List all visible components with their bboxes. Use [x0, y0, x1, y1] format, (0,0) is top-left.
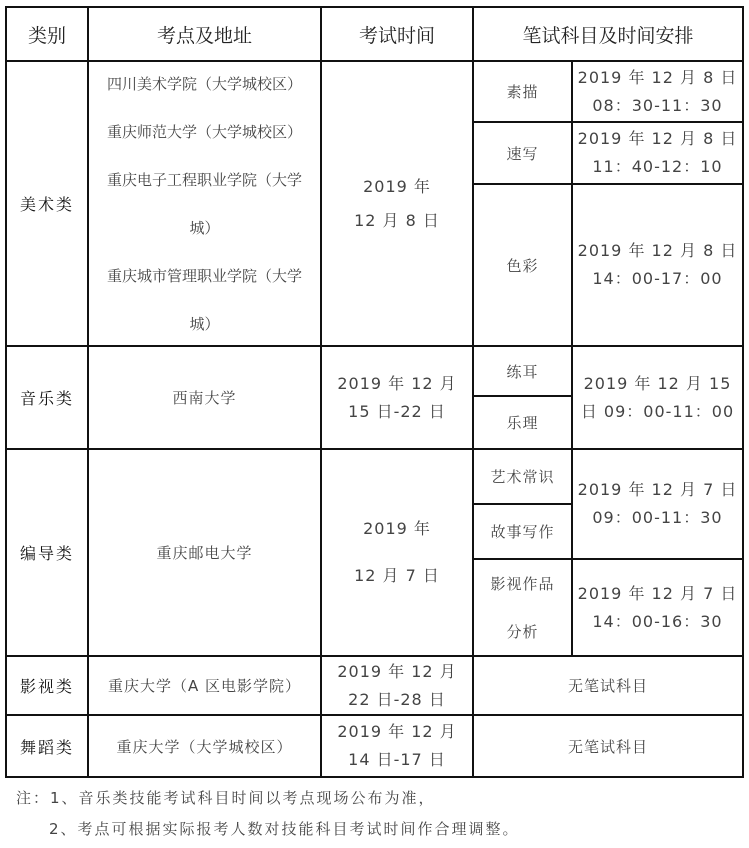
subject-quick-sketch-time: 2019 年 12 月 8 日11：40-12：10: [571, 121, 744, 185]
header-exam-time-label: 考试时间: [359, 21, 435, 48]
row-directing-written-time: 2019 年 12 月 7 日09：00-11：30: [571, 448, 744, 560]
subject-name: 速写: [506, 143, 538, 164]
no-written-label: 无笔试科目: [568, 736, 648, 757]
time-line: 2019 年 12 月 7 日: [578, 476, 738, 504]
time-line: 11：40-12：10: [578, 153, 738, 181]
row-music-written-time: 2019 年 12 月 15日 09：00-11：00: [571, 345, 744, 450]
category-label: 影视类: [20, 674, 74, 697]
category-label: 音乐类: [20, 386, 74, 409]
note-line-2: 2、考点可根据实际报考人数对技能科目考试时间作合理调整。: [49, 818, 520, 839]
category-label: 编导类: [20, 541, 74, 564]
exam-date-line: 12 月 8 日: [354, 204, 440, 238]
time-line: 2019 年 12 月 15: [581, 370, 734, 398]
subject-color: 色彩: [472, 183, 573, 347]
venue-line: 重庆城市管理职业学院（大学: [107, 252, 302, 300]
exam-date-line: 12 月 7 日: [354, 553, 440, 599]
time-line: 2019 年 12 月 7 日: [578, 580, 738, 608]
row-art-exam-time: 2019 年12 月 8 日: [320, 60, 474, 347]
row-film-no-written: 无笔试科目: [472, 655, 744, 716]
venue-line: 重庆大学（A 区电影学院）: [108, 675, 301, 696]
subject-quick-sketch: 速写: [472, 121, 573, 185]
row-music-category: 音乐类: [5, 345, 89, 450]
time-line: 2019 年 12 月 8 日: [578, 64, 738, 92]
row-dance-no-written: 无笔试科目: [472, 714, 744, 778]
subject-name: 练耳: [506, 361, 538, 382]
no-written-label: 无笔试科目: [568, 675, 648, 696]
exam-date-line: 22 日-28 日: [337, 686, 456, 714]
row-directing-exam-time: 2019 年12 月 7 日: [320, 448, 474, 657]
time-line: 日 09：00-11：00: [581, 398, 734, 426]
venue-line: 重庆师范大学（大学城校区）: [107, 108, 302, 156]
venue-line: 西南大学: [172, 387, 236, 408]
subject-sketch: 素描: [472, 60, 573, 123]
row-directing-category: 编导类: [5, 448, 89, 657]
header-written-schedule: 笔试科目及时间安排: [472, 6, 744, 62]
time-line: 14：00-17：00: [578, 265, 738, 293]
subject-name: 艺术常识: [490, 466, 554, 487]
venue-line: 重庆邮电大学: [156, 542, 252, 563]
exam-date-line: 2019 年: [354, 506, 440, 552]
subject-name: 故事写作: [490, 521, 554, 542]
row-dance-venue: 重庆大学（大学城校区）: [87, 714, 322, 778]
exam-date-line: 14 日-17 日: [337, 746, 456, 774]
exam-date-line: 15 日-22 日: [337, 398, 456, 426]
header-venue: 考点及地址: [87, 6, 322, 62]
subject-name: 分析: [490, 608, 554, 656]
row-dance-exam-time: 2019 年 12 月14 日-17 日: [320, 714, 474, 778]
row-art-venues: 四川美术学院（大学城校区） 重庆师范大学（大学城校区） 重庆电子工程职业学院（大…: [87, 60, 322, 347]
venue-line: 城）: [107, 204, 302, 252]
row-dance-category: 舞蹈类: [5, 714, 89, 778]
time-line: 08：30-11：30: [578, 92, 738, 120]
venue-line: 四川美术学院（大学城校区）: [107, 60, 302, 108]
subject-name: 影视作品: [490, 560, 554, 608]
note-line-1: 注：1、音乐类技能考试科目时间以考点现场公布为准，: [16, 787, 436, 808]
time-line: 2019 年 12 月 8 日: [578, 237, 738, 265]
venue-line: 重庆电子工程职业学院（大学: [107, 156, 302, 204]
time-line: 2019 年 12 月 8 日: [578, 125, 738, 153]
time-line: 09：00-11：30: [578, 504, 738, 532]
row-film-exam-time: 2019 年 12 月22 日-28 日: [320, 655, 474, 716]
venue-line: 城）: [107, 300, 302, 348]
exam-date-line: 2019 年 12 月: [337, 658, 456, 686]
row-art-category: 美术类: [5, 60, 89, 347]
subject-film-analysis: 影视作品分析: [472, 558, 573, 657]
subject-art-knowledge: 艺术常识: [472, 448, 573, 505]
row-music-exam-time: 2019 年 12 月15 日-22 日: [320, 345, 474, 450]
exam-date-line: 2019 年: [354, 170, 440, 204]
time-line: 14：00-16：30: [578, 608, 738, 636]
venue-line: 重庆大学（大学城校区）: [116, 736, 292, 757]
subject-color-time: 2019 年 12 月 8 日14：00-17：00: [571, 183, 744, 347]
subject-name: 素描: [506, 81, 538, 102]
subject-name: 色彩: [506, 255, 538, 276]
row-film-category: 影视类: [5, 655, 89, 716]
row-directing-venue: 重庆邮电大学: [87, 448, 322, 657]
subject-sketch-time: 2019 年 12 月 8 日08：30-11：30: [571, 60, 744, 123]
subject-ear-training: 练耳: [472, 345, 573, 397]
subject-name: 乐理: [506, 412, 538, 433]
exam-date-line: 2019 年 12 月: [337, 718, 456, 746]
header-written-schedule-label: 笔试科目及时间安排: [522, 21, 693, 48]
subject-music-theory: 乐理: [472, 395, 573, 450]
header-venue-label: 考点及地址: [157, 21, 252, 48]
row-film-venue: 重庆大学（A 区电影学院）: [87, 655, 322, 716]
category-label: 舞蹈类: [20, 735, 74, 758]
header-category: 类别: [5, 6, 89, 62]
subject-film-analysis-time: 2019 年 12 月 7 日14：00-16：30: [571, 558, 744, 657]
subject-story-writing: 故事写作: [472, 503, 573, 560]
header-exam-time: 考试时间: [320, 6, 474, 62]
row-music-venue: 西南大学: [87, 345, 322, 450]
exam-date-line: 2019 年 12 月: [337, 370, 456, 398]
header-category-label: 类别: [28, 21, 66, 48]
category-label: 美术类: [20, 192, 74, 215]
